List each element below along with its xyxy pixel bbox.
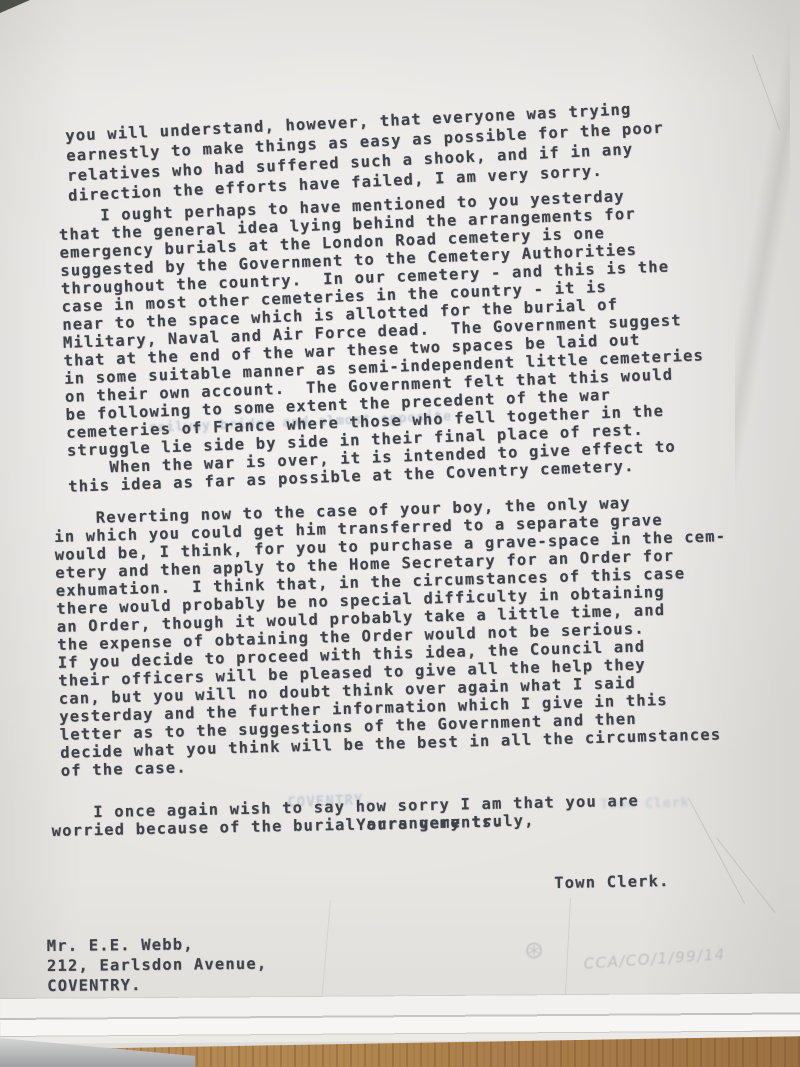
paper-crease (735, 0, 790, 500)
address-line: COVENTRY. (47, 974, 268, 996)
paper-stack-edge (0, 992, 800, 1044)
recipient-address: Mr. E.E. Webb,212, Earlsdon Avenue,COVEN… (46, 874, 268, 996)
address-line: 212, Earlsdon Avenue, (47, 954, 268, 976)
letter-signoff: Town Clerk. (554, 872, 670, 892)
letter-paragraph-4: I once again wish to say how sorry I am … (50, 738, 639, 840)
letter-photo: railway bridge and almost opposite COVEN… (0, 0, 800, 1067)
address-line: Mr. E.E. Webb, (47, 934, 268, 956)
letter-paragraph-3: Reverting now to the case of your boy, t… (52, 437, 732, 780)
pencil-circle-mark: ⊛ (524, 938, 544, 962)
